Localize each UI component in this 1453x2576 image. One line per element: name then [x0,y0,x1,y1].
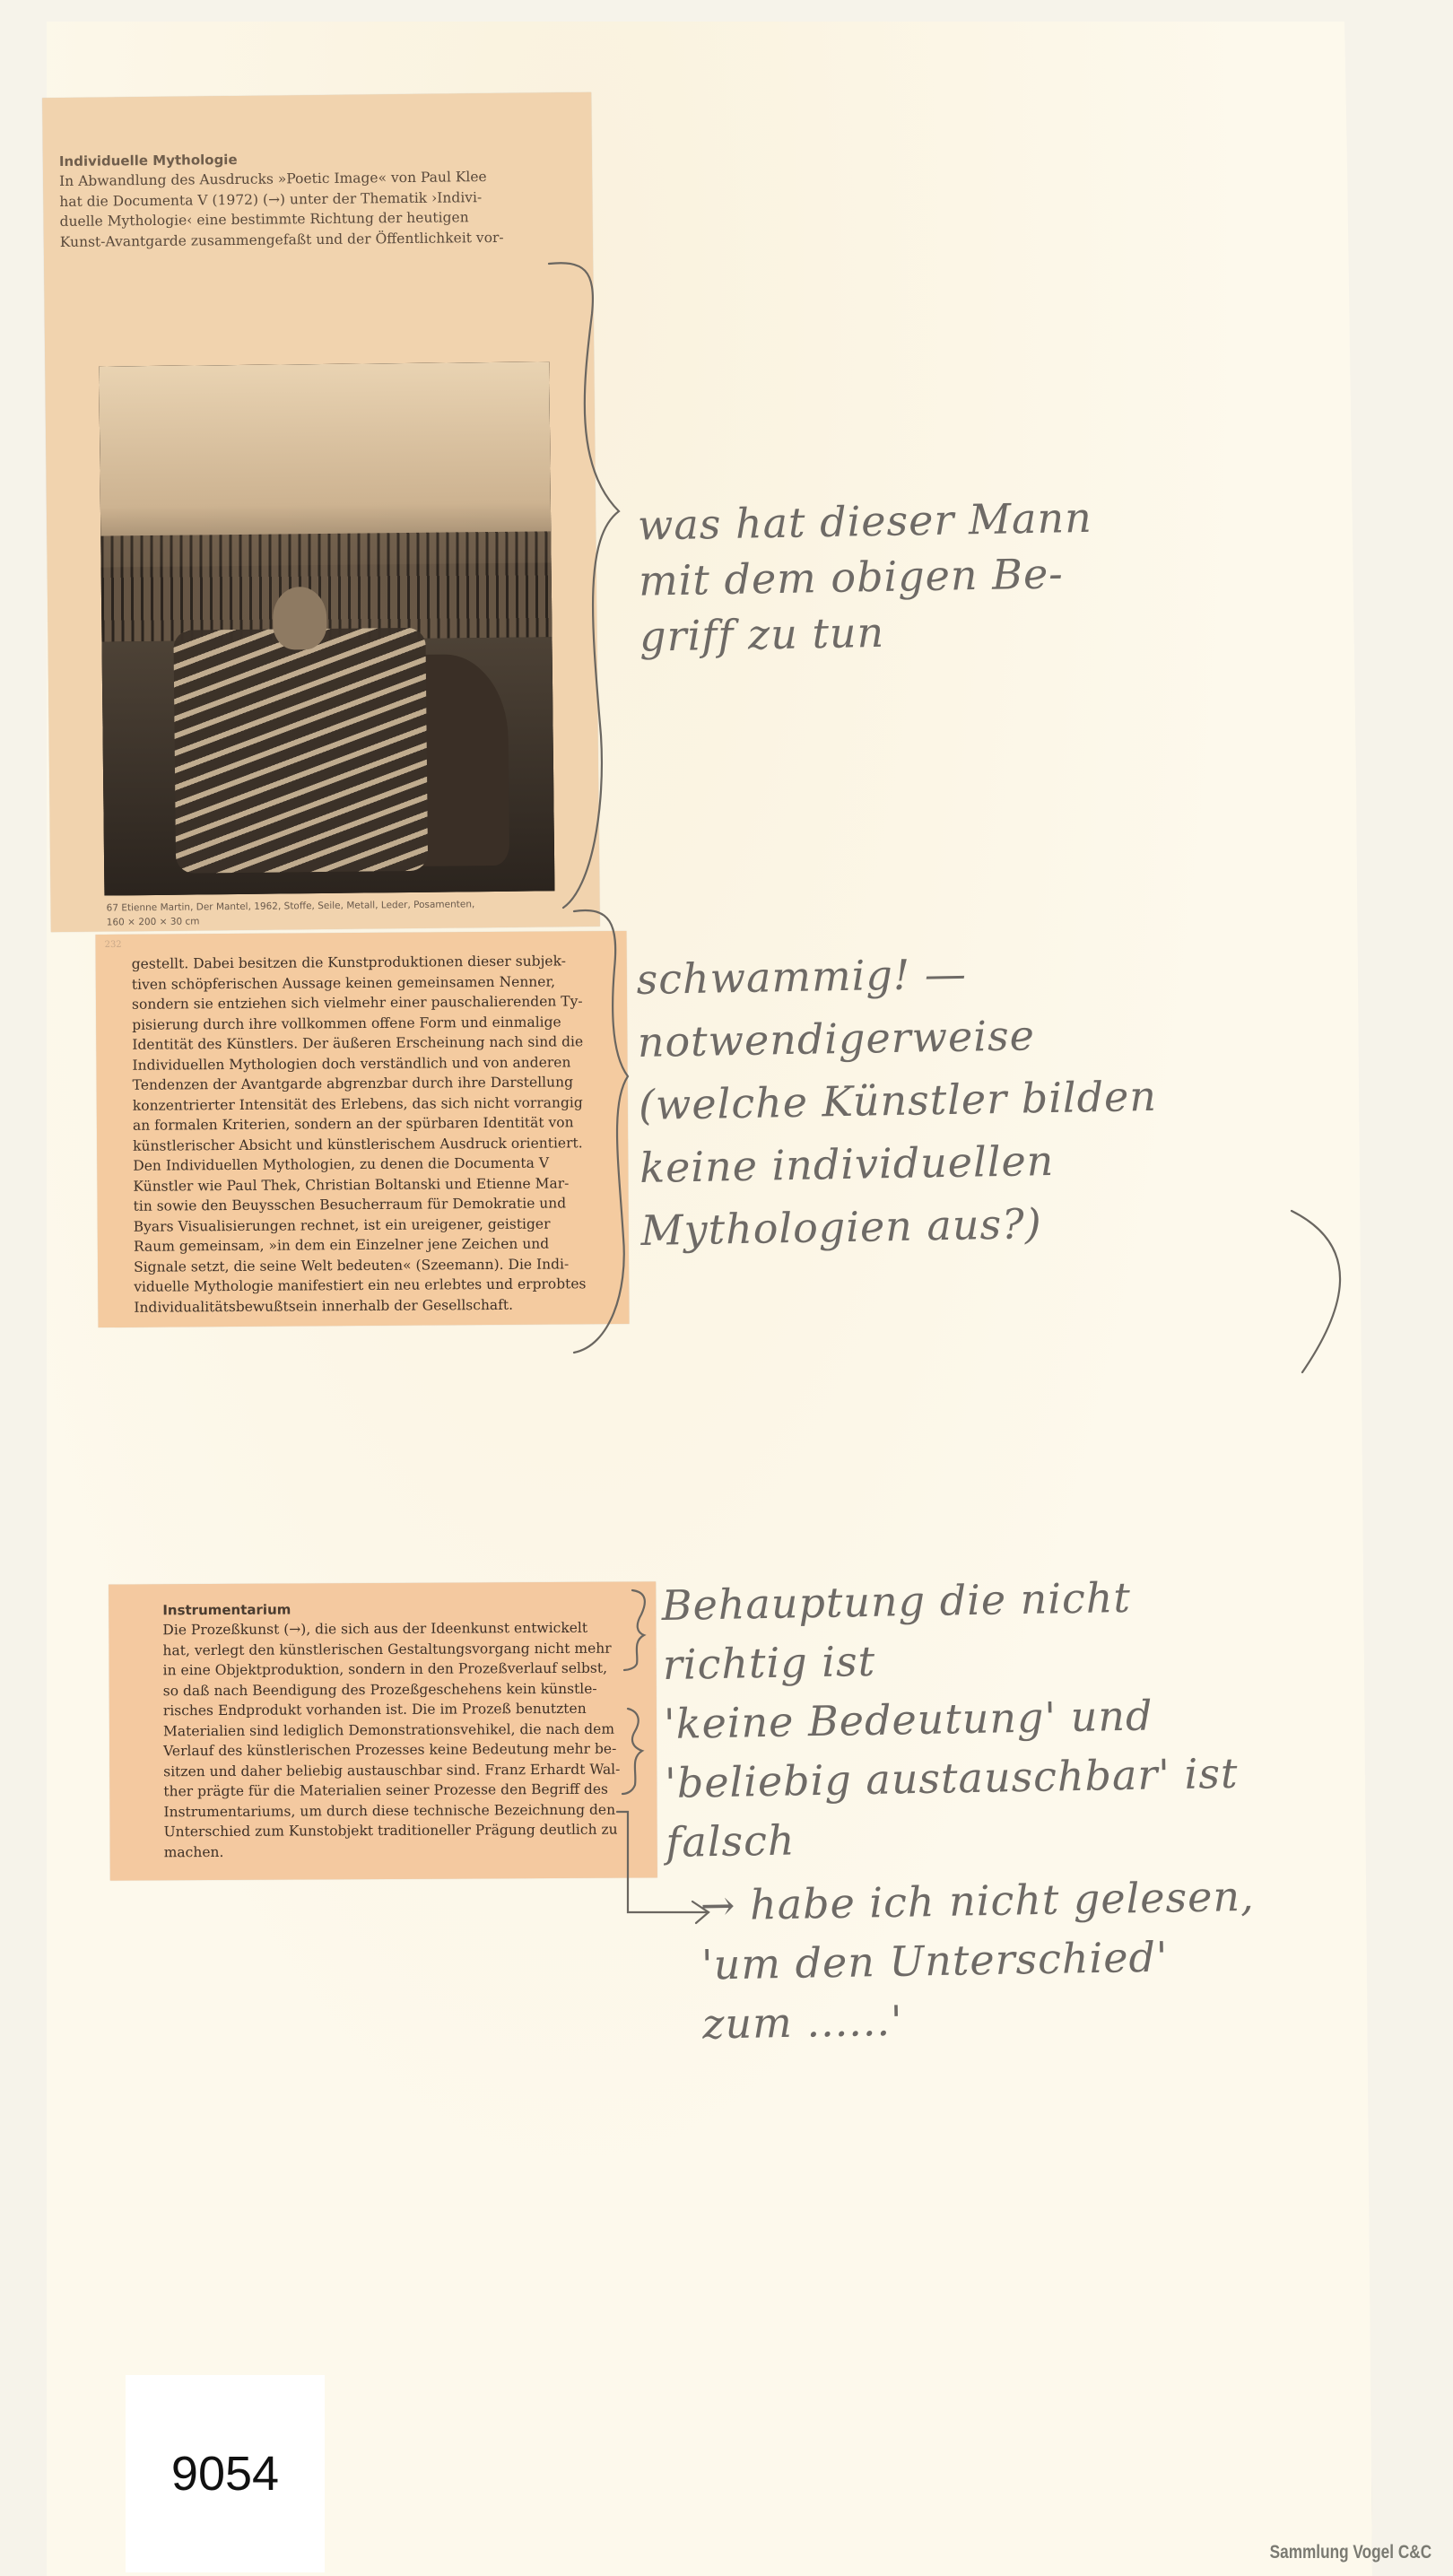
clipping-body-text: Instrumentarium Die Prozeßkunst (→), die… [162,1600,639,1863]
handwritten-note-nicht-gelesen: → habe ich nicht gelesen, 'um den Unters… [700,1864,1384,2053]
text-line: Materialien sind lediglich Demonstration… [163,1719,639,1741]
text-line: sondern sie entziehen sich vielmehr eine… [132,991,609,1014]
text-line: Individualitätsbewußtsein innerhalb der … [134,1294,611,1318]
text-line: Verlauf des künstlerischen Prozesses kei… [163,1739,639,1762]
text-line: sitzen und daher beliebig austauschbar s… [163,1759,639,1781]
text-line: an formalen Kriterien, sondern an der sp… [133,1112,610,1136]
clipping-individuelle-mythologie: Individuelle Mythologie In Abwandlung de… [42,92,600,932]
text-line: in eine Objektproduktion, sondern in den… [163,1658,639,1681]
artwork-photo [99,361,554,895]
inventory-label: 9054 [126,2375,325,2572]
clipping-continuation: 232 gestellt. Dabei besitzen die Kunstpr… [95,931,629,1327]
clipping-heading: Instrumentarium [162,1600,638,1619]
text-line: Identität des Künstlers. Der äußeren Ers… [132,1031,609,1055]
clipping-instrumentarium: Instrumentarium Die Prozeßkunst (→), die… [109,1581,657,1880]
text-line: Die Prozeßkunst (→), die sich aus der Id… [162,1618,638,1640]
handwritten-note-schwammig: schwammig! — notwendigerweise (welche Kü… [636,936,1359,1262]
text-line: hat, verlegt den künstlerischen Gestaltu… [162,1638,638,1660]
handwritten-note-question: was hat dieser Mann mit dem obigen Be- g… [637,485,1321,664]
handwritten-note-behauptung: Behauptung die nicht richtig ist 'keine … [661,1563,1384,1872]
clipping-body-text: gestellt. Dabei besitzen die Kunstproduk… [132,951,612,1318]
clipping-intro-text: Individuelle Mythologie In Abwandlung de… [59,148,561,252]
text-line: Raum gemeinsam, »in dem ein Einzelner je… [134,1233,611,1257]
text-line: gestellt. Dabei besitzen die Kunstproduk… [132,951,609,974]
text-line: ther prägte für die Materialien seiner P… [163,1780,639,1802]
page-number: 232 [105,940,122,950]
mantle-artwork [174,628,429,874]
text-line: Tendenzen der Avantgarde abgrenzbar durc… [133,1072,610,1095]
text-line: risches Endprodukt vorhanden ist. Die im… [163,1699,639,1721]
inventory-number: 9054 [171,2446,279,2502]
text-line: tin sowie den Beuysschen Besucherraum fü… [134,1193,611,1216]
person-figure [273,587,327,650]
text-line: machen. [164,1840,639,1862]
collection-watermark: Sammlung Vogel C&C [1269,2542,1431,2563]
text-line: Instrumentariums, um durch diese technis… [163,1799,639,1822]
text-line: viduelle Mythologie manifestiert ein neu… [134,1274,611,1297]
text-line: Unterschied zum Kunstobjekt traditionell… [164,1820,639,1842]
photo-caption: 67 Etienne Martin, Der Mantel, 1962, Sto… [107,896,564,929]
text-line: so daß nach Beendigung des Prozeßgescheh… [163,1678,639,1701]
text-line: Den Individuellen Mythologien, zu denen … [133,1153,610,1176]
